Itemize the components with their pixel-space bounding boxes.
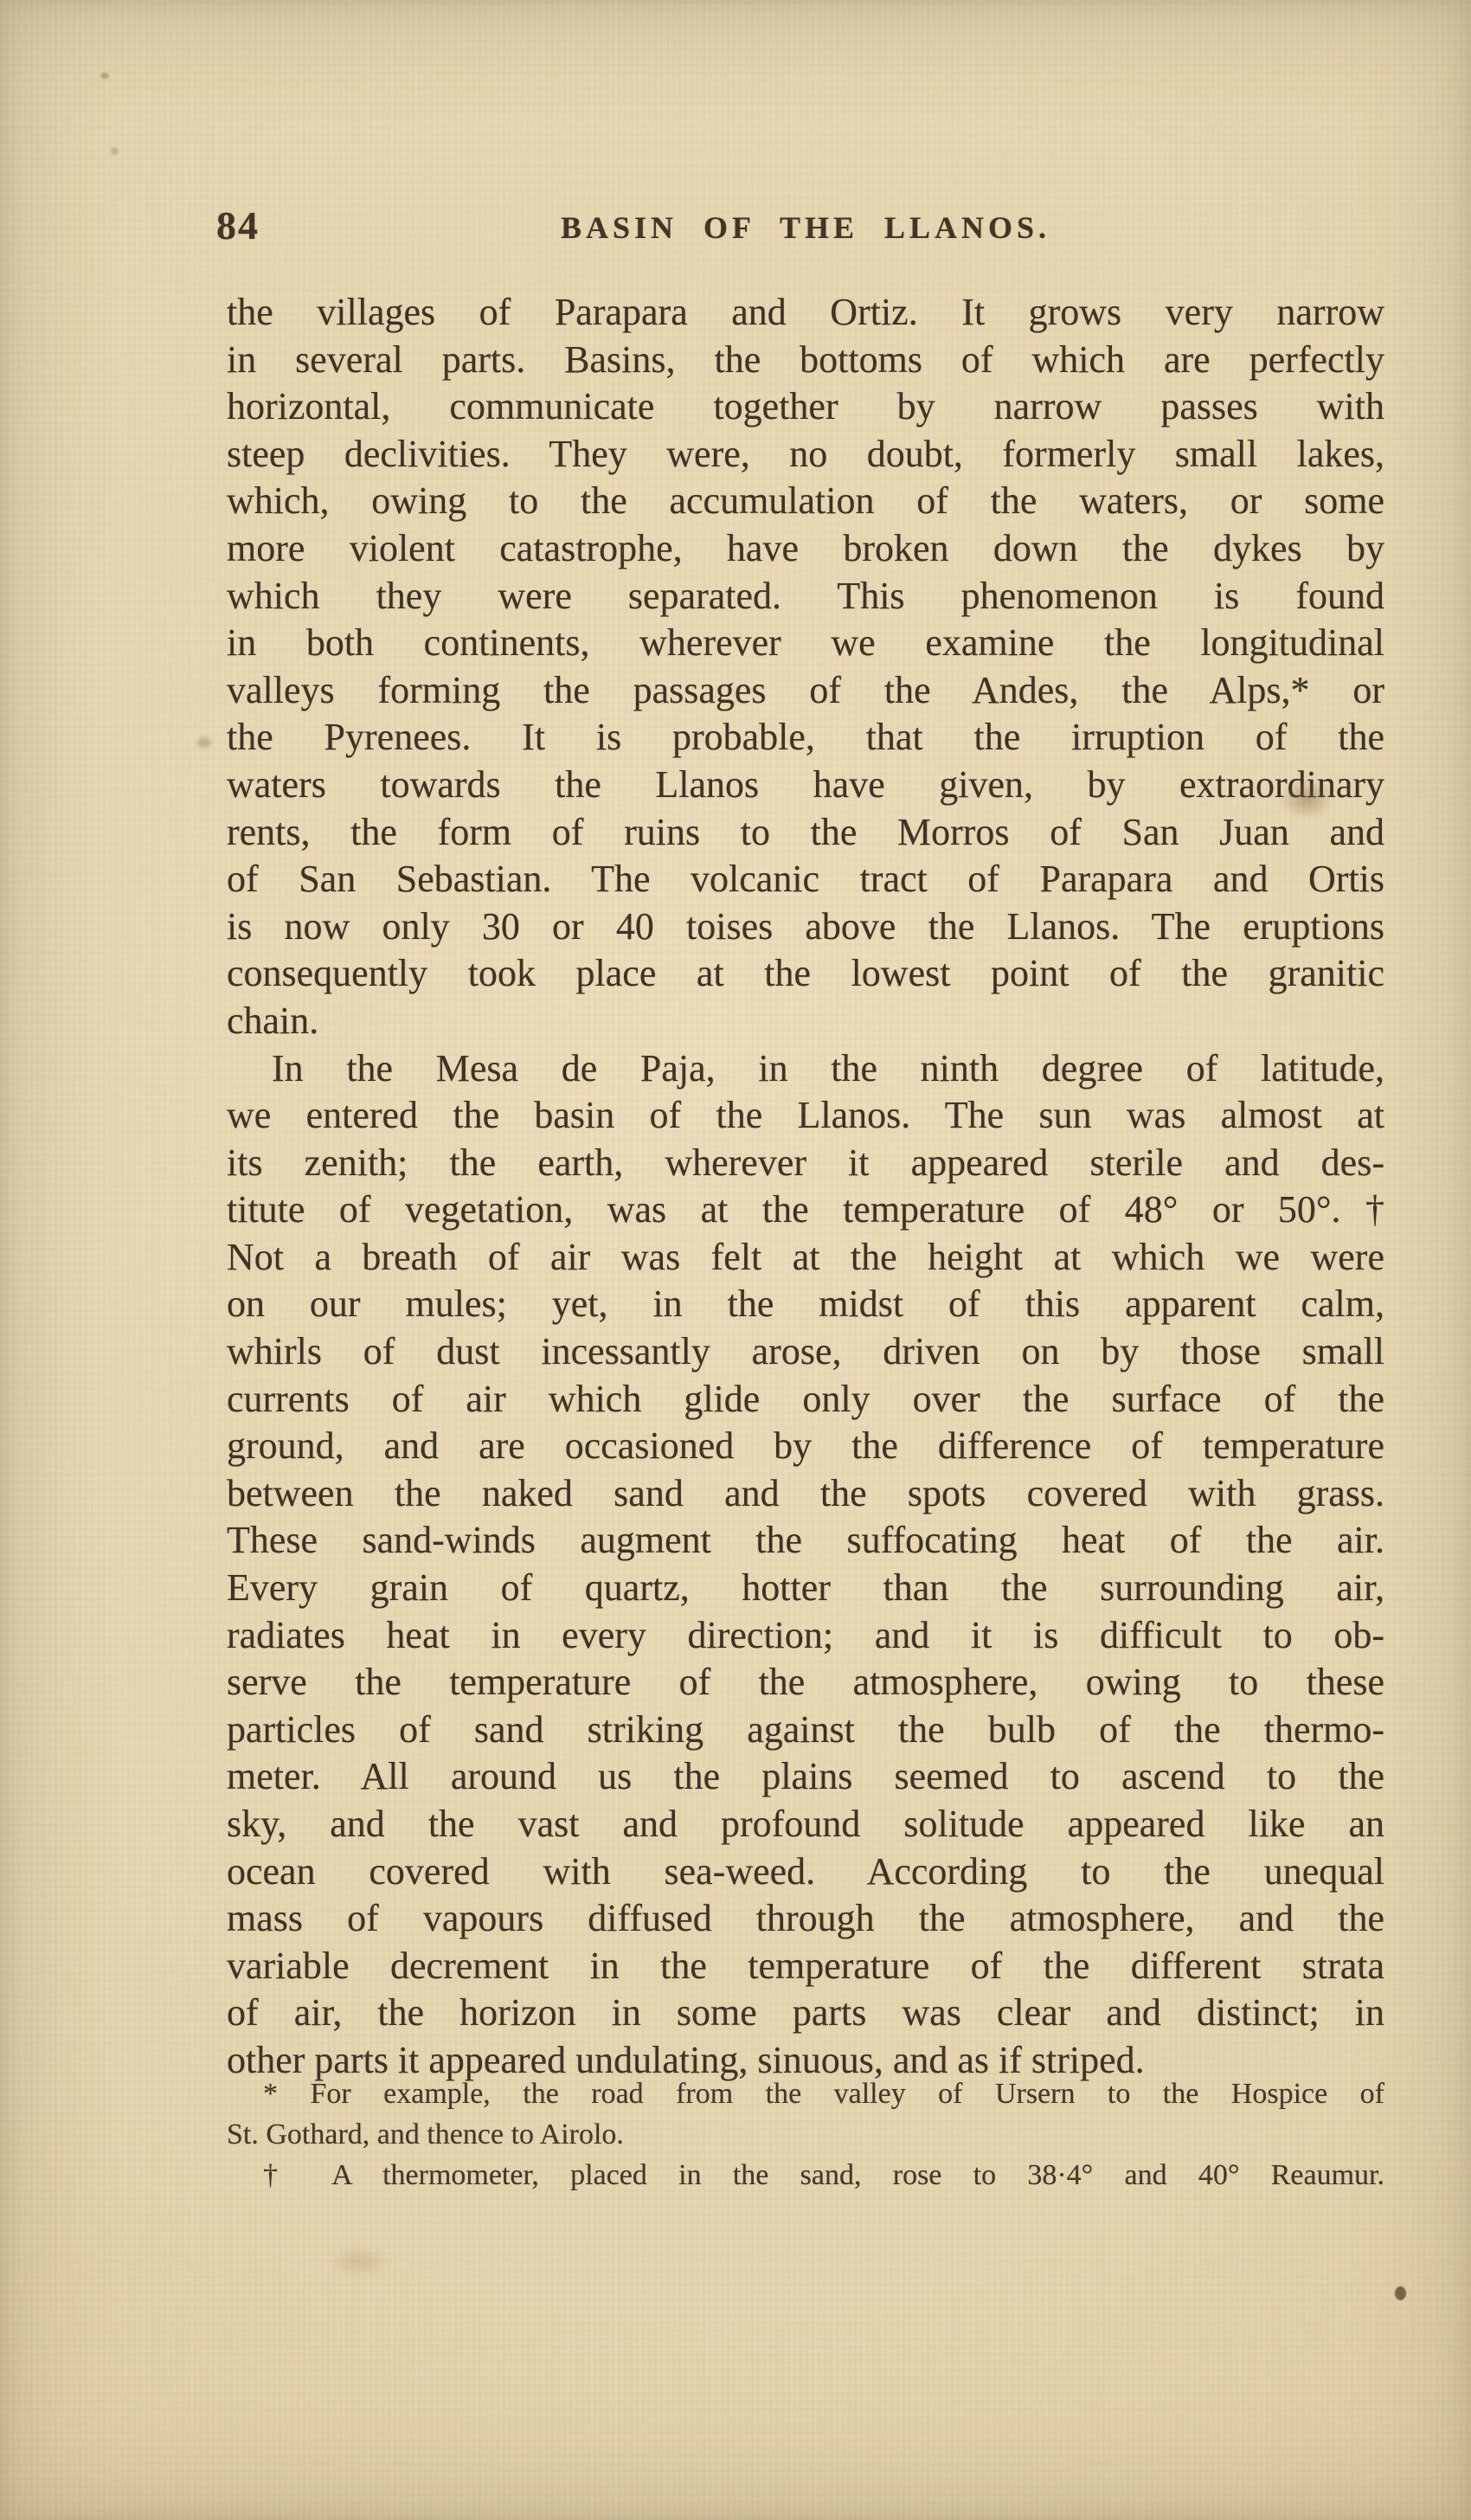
footnotes: * For example, the road from the valley … xyxy=(227,2073,1384,2195)
body-line: valleys forming the passages of the Ande… xyxy=(227,667,1384,715)
paper-stain xyxy=(197,737,211,748)
footnote-line: † A thermometer, placed in the sand, ros… xyxy=(227,2155,1384,2195)
body-line: currents of air which glide only over th… xyxy=(227,1376,1384,1424)
body-line: ocean covered with sea-weed. According t… xyxy=(227,1848,1384,1896)
running-head: BASIN OF THE LLANOS. xyxy=(227,209,1384,246)
body-line: is now only 30 or 40 toises above the Ll… xyxy=(227,903,1384,951)
body-line: we entered the basin of the Llanos. The … xyxy=(227,1092,1384,1140)
body-line: which they were separated. This phenomen… xyxy=(227,573,1384,620)
paper-speck xyxy=(100,73,109,79)
body-line: rents, the form of ruins to the Morros o… xyxy=(227,809,1384,857)
body-line: serve the temperature of the atmosphere,… xyxy=(227,1659,1384,1707)
body-line: variable decrement in the temperature of… xyxy=(227,1943,1384,1990)
body-line: in both continents, wherever we examine … xyxy=(227,620,1384,667)
footnote-line: St. Gothard, and thence to Airolo. xyxy=(227,2114,1384,2155)
body-line: the Pyrenees. It is probable, that the i… xyxy=(227,714,1384,762)
body-line: titute of vegetation, was at the tempera… xyxy=(227,1186,1384,1234)
paper-stain xyxy=(329,2247,389,2276)
body-line: ground, and are occasioned by the differ… xyxy=(227,1423,1384,1470)
body-line: in several parts. Basins, the bottoms of… xyxy=(227,337,1384,384)
body-line: more violent catastrophe, have broken do… xyxy=(227,525,1384,573)
body-line: sky, and the vast and profound solitude … xyxy=(227,1801,1384,1848)
paper-speck xyxy=(111,147,119,155)
body-line: steep declivities. They were, no doubt, … xyxy=(227,431,1384,479)
body-line: radiates heat in every direction; and it… xyxy=(227,1612,1384,1660)
body-line: of air, the horizon in some parts was cl… xyxy=(227,1990,1384,2037)
body-text: the villages of Parapara and Ortiz. It g… xyxy=(227,289,1384,2085)
body-line: meter. All around us the plains seemed t… xyxy=(227,1753,1384,1801)
body-line: These sand-winds augment the suffocating… xyxy=(227,1517,1384,1565)
body-line: Not a breath of air was felt at the heig… xyxy=(227,1234,1384,1282)
ink-speck xyxy=(1395,2286,1406,2300)
body-line: particles of sand striking against the b… xyxy=(227,1707,1384,1754)
body-line: consequently took place at the lowest po… xyxy=(227,950,1384,998)
body-line: whirls of dust incessantly arose, driven… xyxy=(227,1328,1384,1376)
body-line: the villages of Parapara and Ortiz. It g… xyxy=(227,289,1384,337)
body-line: chain. xyxy=(227,998,1384,1045)
body-line: Every grain of quartz, hotter than the s… xyxy=(227,1565,1384,1612)
body-line: which, owing to the accumulation of the … xyxy=(227,478,1384,525)
book-page-scan: 84 BASIN OF THE LLANOS. the villages of … xyxy=(0,0,1471,2520)
body-line: mass of vapours diffused through the atm… xyxy=(227,1895,1384,1943)
body-line: waters towards the Llanos have given, by… xyxy=(227,762,1384,809)
body-line: between the naked sand and the spots cov… xyxy=(227,1470,1384,1518)
body-line: its zenith; the earth, wherever it appea… xyxy=(227,1140,1384,1187)
footnote-line: * For example, the road from the valley … xyxy=(227,2073,1384,2114)
body-line: In the Mesa de Paja, in the ninth degree… xyxy=(227,1045,1384,1093)
body-line: horizontal, communicate together by narr… xyxy=(227,383,1384,431)
body-line: on our mules; yet, in the midst of this … xyxy=(227,1281,1384,1328)
body-line: of San Sebastian. The volcanic tract of … xyxy=(227,856,1384,903)
